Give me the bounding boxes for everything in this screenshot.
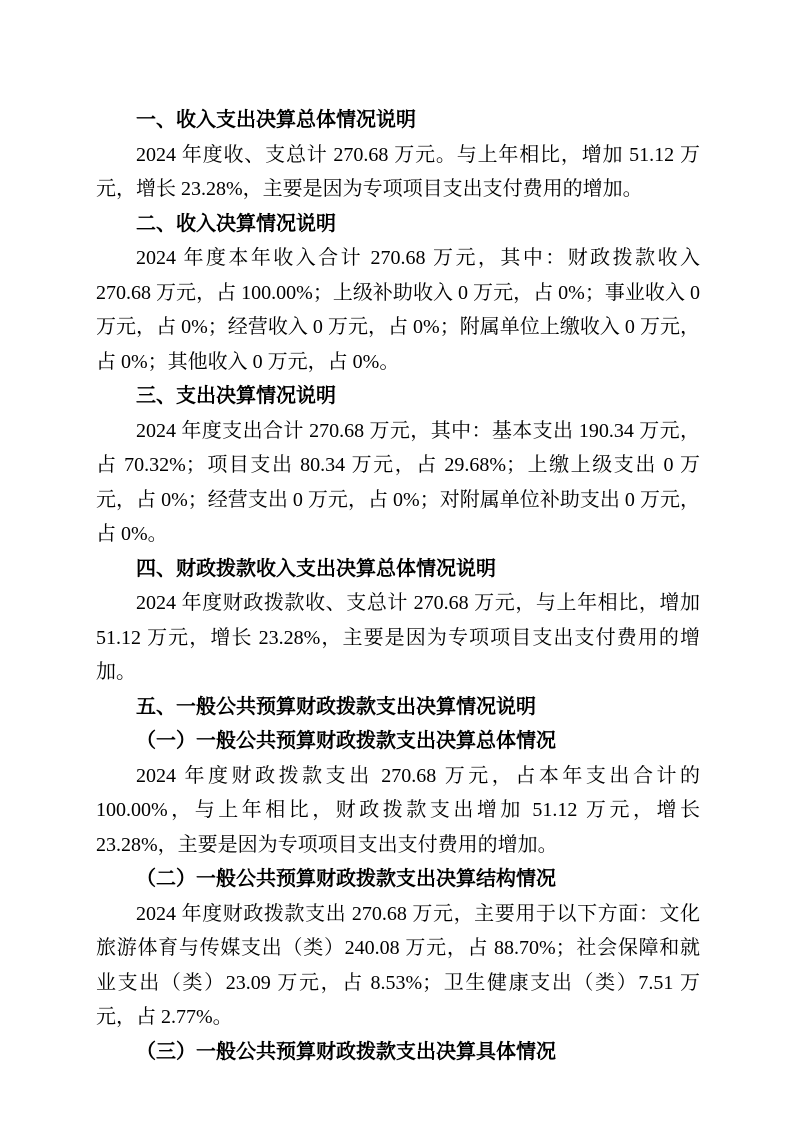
paragraph-income-accounts: 2024 年度本年收入合计 270.68 万元，其中：财政拨款收入 270.68… [96,241,700,379]
subheading-expenditure-specific: （三）一般公共预算财政拨款支出决算具体情况 [96,1035,700,1070]
paragraph-expenditure-accounts: 2024 年度支出合计 270.68 万元，其中：基本支出 190.34 万元，… [96,414,700,552]
subheading-general-overall: （一）一般公共预算财政拨款支出决算总体情况 [96,724,700,759]
section-heading-overall-situation: 一、收入支出决算总体情况说明 [96,103,700,138]
section-heading-general-public-budget: 五、一般公共预算财政拨款支出决算情况说明 [96,690,700,725]
paragraph-expenditure-structure: 2024 年度财政拨款支出 270.68 万元，主要用于以下方面：文化旅游体育与… [96,897,700,1035]
paragraph-overall-situation: 2024 年度收、支总计 270.68 万元。与上年相比，增加 51.12 万元… [96,138,700,207]
paragraph-fiscal-appropriation: 2024 年度财政拨款收、支总计 270.68 万元，与上年相比，增加 51.1… [96,586,700,690]
document-body: 一、收入支出决算总体情况说明 2024 年度收、支总计 270.68 万元。与上… [96,103,700,1069]
section-heading-income-accounts: 二、收入决算情况说明 [96,207,700,242]
section-heading-fiscal-appropriation: 四、财政拨款收入支出决算总体情况说明 [96,552,700,587]
paragraph-general-overall: 2024 年度财政拨款支出 270.68 万元，占本年支出合计的 100.00%… [96,759,700,863]
section-heading-expenditure-accounts: 三、支出决算情况说明 [96,379,700,414]
subheading-expenditure-structure: （二）一般公共预算财政拨款支出决算结构情况 [96,862,700,897]
document-page: { "doc": { "language": "zh-CN", "colors"… [0,0,793,1122]
